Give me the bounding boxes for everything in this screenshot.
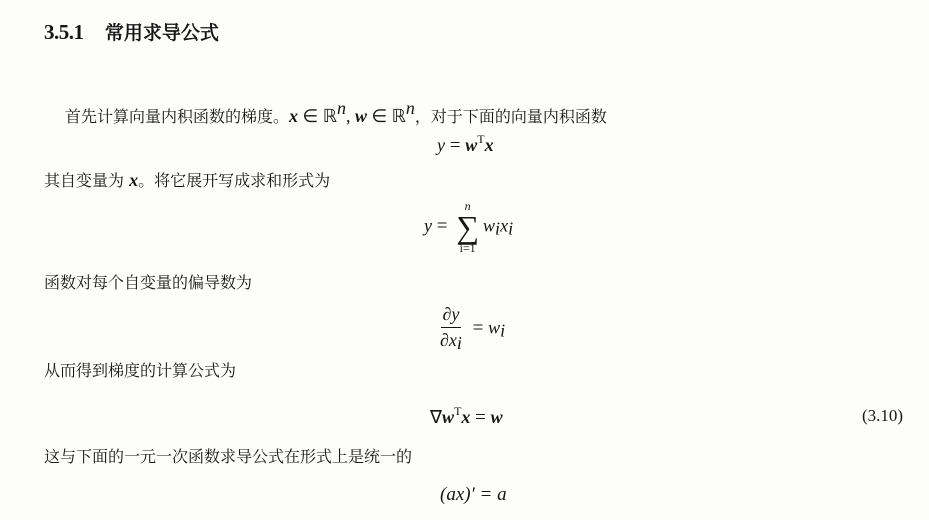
sub-i: i — [500, 320, 505, 340]
math-w: w — [355, 106, 367, 126]
equation-sum: y = n∑i=1wixi — [424, 200, 513, 254]
frac-numerator: ∂y — [441, 304, 462, 328]
equation-inner-product: y = wTx — [437, 132, 494, 157]
eq-lhs: y — [424, 215, 432, 235]
para-text: 首先计算向量内积函数的梯度。 — [65, 107, 289, 126]
textbook-page: 3.5.1 常用求导公式 首先计算向量内积函数的梯度。x ∈ ℝn, w ∈ ℝ… — [0, 0, 929, 520]
eq-sign: = — [445, 135, 465, 156]
sub-i: i — [457, 333, 462, 353]
eq-x: x — [500, 215, 508, 235]
sigma-icon: ∑ — [456, 212, 479, 242]
math-x: x — [289, 106, 298, 126]
eq-x: x — [485, 135, 494, 155]
eq-w: w — [442, 407, 454, 427]
eq-sign: = — [432, 215, 452, 236]
paragraph-5: 这与下面的一元一次函数求导公式在形式上是统一的 — [44, 444, 412, 467]
math-sep: , — [346, 106, 355, 126]
eq-w: w — [465, 135, 477, 155]
para-text: 函数对每个自变量的偏导数为 — [44, 273, 252, 292]
eq-sign: = — [470, 407, 490, 428]
eq-w: w — [483, 215, 495, 235]
math-in-R: ∈ ℝ — [367, 106, 406, 126]
fraction: ∂y∂xi — [440, 304, 462, 354]
para-text: ，对于下面的向量内积函数 — [415, 107, 607, 126]
math-n: n — [337, 98, 346, 118]
section-heading: 3.5.1 常用求导公式 — [44, 18, 219, 45]
math-n: n — [406, 98, 415, 118]
equation-number: (3.10) — [862, 406, 903, 426]
sub-i: i — [508, 218, 513, 238]
eq-rhs: w — [491, 407, 503, 427]
summation: n∑i=1 — [456, 200, 479, 254]
eq-transpose: T — [477, 132, 484, 146]
para-text: 这与下面的一元一次函数求导公式在形式上是统一的 — [44, 447, 412, 466]
math-in-R: ∈ ℝ — [298, 106, 337, 126]
eq-sign: = — [468, 317, 488, 338]
eq-rhs: w — [488, 317, 500, 337]
paragraph-4: 从而得到梯度的计算公式为 — [44, 358, 236, 381]
paragraph-1: 首先计算向量内积函数的梯度。x ∈ ℝn, w ∈ ℝn，对于下面的向量内积函数 — [65, 98, 607, 127]
paragraph-3: 函数对每个自变量的偏导数为 — [44, 270, 252, 293]
para-text: 从而得到梯度的计算公式为 — [44, 361, 236, 380]
para-text: 其自变量为 — [44, 171, 124, 190]
equation-gradient: ∇wTx = w — [430, 404, 503, 429]
frac-denominator: ∂x — [440, 330, 457, 350]
equation-partial: ∂y∂xi = wi — [440, 304, 505, 354]
nabla-icon: ∇ — [430, 407, 442, 427]
equation-scalar-derivative: (ax)′ = a — [440, 484, 507, 506]
paragraph-2: 其自变量为 x。将它展开写成求和形式为 — [44, 168, 330, 191]
section-title: 常用求导公式 — [105, 22, 219, 44]
para-text: 。将它展开写成求和形式为 — [138, 171, 330, 190]
sum-lower: i=1 — [460, 242, 476, 254]
math-x: x — [129, 170, 138, 190]
eq-lhs: y — [437, 135, 445, 155]
section-number: 3.5.1 — [44, 20, 84, 44]
